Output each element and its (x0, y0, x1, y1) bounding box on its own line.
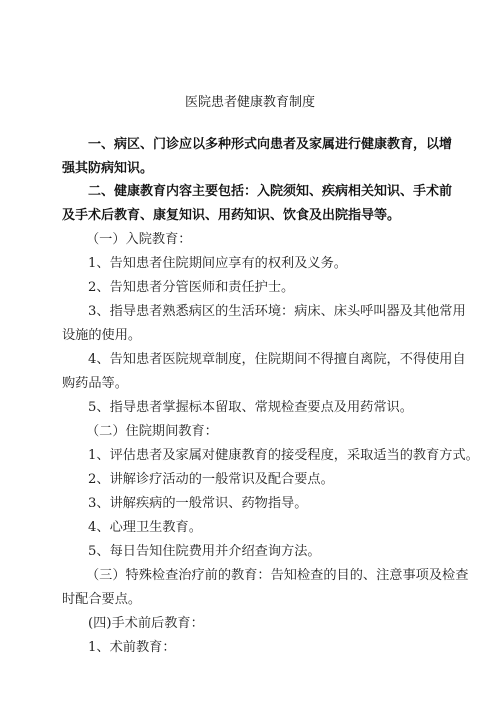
paragraph-line: 3、讲解疾病的一般常识、药物指导。 (88, 495, 307, 513)
paragraph-line: 5、指导患者掌握标本留取、常规检查要点及用药常识。 (88, 399, 413, 417)
paragraph-line: 及手术后教育、康复知识、用药知识、饮食及出院指导等。 (62, 207, 400, 225)
paragraph-line: 购药品等。 (62, 375, 128, 393)
paragraph-line: 1、术前教育： (88, 639, 176, 657)
paragraph-line: （一）入院教育： (86, 231, 192, 249)
paragraph-line: 4、告知患者医院规章制度，住院期间不得擅自离院，不得使用自 (88, 351, 466, 369)
paragraph-line: 5、每日告知住院费用并介绍查询方法。 (88, 543, 321, 561)
paragraph-line: 2、讲解诊疗活动的一般常识及配合要点。 (88, 471, 334, 489)
paragraph-line: 3、指导患者熟悉病区的生活环境：病床、床头呼叫器及其他常用 (88, 303, 466, 321)
paragraph-line: 时配合要点。 (62, 591, 141, 609)
paragraph-line: 2、告知患者分管医师和责任护士。 (88, 279, 294, 297)
paragraph-line: 设施的使用。 (62, 327, 141, 345)
document-page: 医院患者健康教育制度 一、病区、门诊应以多种形式向患者及家属进行健康教育，以增强… (0, 0, 500, 707)
paragraph-line: (四)手术前后教育： (88, 615, 204, 633)
paragraph-line: 强其防病知识。 (62, 160, 153, 178)
paragraph-line: 1、告知患者住院期间应享有的权利及义务。 (88, 255, 347, 273)
paragraph-line: 一、病区、门诊应以多种形式向患者及家属进行健康教育，以增 (88, 136, 452, 154)
paragraph-line: （二）住院期间教育： (86, 423, 218, 441)
document-title: 医院患者健康教育制度 (0, 91, 500, 110)
paragraph-line: 4、心理卫生教育。 (88, 519, 202, 537)
paragraph-line: 二、健康教育内容主要包括：入院须知、疾病相关知识、手术前 (88, 183, 452, 201)
paragraph-line: （三）特殊检查治疗前的教育：告知检查的目的、注意事项及检查 (86, 567, 468, 585)
paragraph-line: 1、评估患者及家属对健康教育的接受程度，采取适当的教育方式。 (88, 447, 479, 465)
